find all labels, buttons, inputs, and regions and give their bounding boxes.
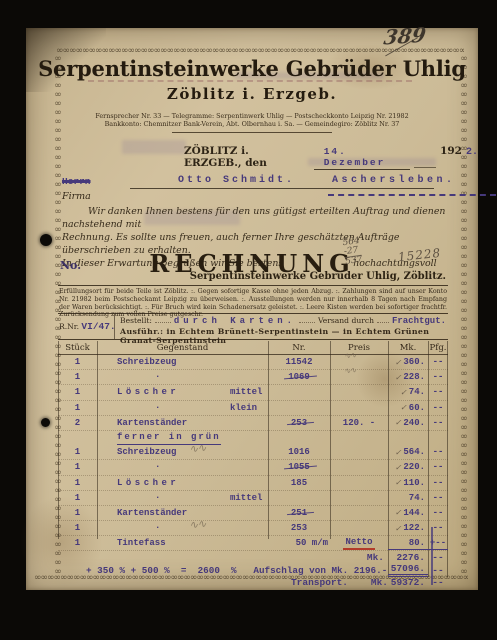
cell-gegenstand: Tintefass [97, 536, 268, 550]
header-nr: Nr. [268, 343, 330, 353]
horizontal-rule [58, 285, 448, 286]
cell-nr: 1069 [268, 370, 330, 384]
table-row: 1·mittel74.-- [58, 491, 448, 506]
cell-mk: ✓228. [388, 370, 428, 384]
cell-gegenstand: Schreibzeug [97, 355, 268, 369]
cell-mk: ✓240. [388, 416, 428, 430]
company-name: Serpentinsteinwerke Gebrüder Uhlig [26, 56, 478, 81]
table-row: 1Löschermittel✓74.-- [58, 385, 448, 400]
cell-nr: 253 [268, 521, 330, 535]
transport-mk: 59372. [388, 577, 428, 588]
cell-preis [330, 460, 388, 474]
transport-row: Transport. Mk. 59372. -- [58, 576, 448, 589]
cell-preis: ∿∿ [330, 355, 388, 369]
header-pfg: Pfg. [428, 343, 448, 353]
table-row: 1·∿∿253✓122.-- [58, 521, 448, 536]
versand-value: Frachtgut. [392, 316, 446, 326]
cell-stueck: 1 [58, 385, 97, 399]
dotted-leader [299, 314, 315, 323]
contact-line-2: Bankkonto: Chemnitzer Bank-Verein, Abt. … [66, 120, 438, 128]
cell-mk: ✓74. [388, 385, 428, 399]
cell-nr [268, 385, 330, 399]
order-info-row: R.Nr. VI/47. Bestellt: durch Karten. Ver… [58, 314, 448, 339]
subtotal-mk: 2276. [388, 552, 428, 563]
subtotal-label: Mk. [330, 552, 388, 563]
dotted-leader [155, 314, 171, 323]
punch-hole [41, 418, 50, 427]
invoice-table: Stück Gegenstand Nr. Preis Mk. Pfg. 1Sch… [58, 341, 448, 603]
cell-preis [330, 521, 388, 535]
bestellt-value: durch Karten. [174, 316, 296, 326]
company-location: Zöblitz i. Erzgeb. [26, 85, 478, 103]
cell-nr: 251 [268, 506, 330, 520]
cell-preis: 120. - [330, 416, 388, 430]
header-mk: Mk. [388, 343, 428, 353]
addressee-block: Herrn Otto Schmidt. Aschersleben. Firma [60, 174, 448, 206]
cell-nr: 1055 [268, 460, 330, 474]
photographed-invoice: { "colors":{"paper":"#ccbb97","ink":"#2e… [0, 0, 497, 640]
cell-stueck: 1 [58, 370, 97, 384]
cell-pfg: -- [428, 445, 448, 459]
note-text: ferner in grün [117, 431, 221, 445]
addressee-rule [130, 188, 434, 189]
invoice-paper: ∞∞∞∞∞∞∞∞∞∞∞∞∞∞∞∞∞∞∞∞∞∞∞∞∞∞∞∞∞∞∞∞∞∞∞∞∞∞∞∞… [26, 28, 478, 590]
dotted-leader [377, 314, 389, 323]
cell-gegenstand: Kartenständer [97, 416, 268, 430]
cell-nr: 185 [268, 476, 330, 490]
cell-preis [330, 491, 388, 505]
table-row: 1Tintefass50 m/mNetto80.+-- [58, 536, 448, 551]
cell-preis: Netto [330, 536, 388, 550]
cell-preis [330, 476, 388, 490]
cell-pfg: -- [428, 355, 448, 369]
table-note-row: ferner in grün [58, 431, 448, 445]
cell-gegenstand: · [97, 370, 268, 384]
cell-mk: ✓110. [388, 476, 428, 490]
cell-pfg: -- [428, 521, 448, 535]
bestellt-label: Bestellt: [120, 316, 152, 325]
cell-gegenstand: Löscher [97, 476, 268, 490]
dateline-place: ZÖBLITZ i. ERZGEB., den [184, 145, 310, 169]
surcharge-text: + 350 % + 500 % = 2600 % Aufschlag von M… [86, 565, 387, 576]
cell-mk: 80. [388, 536, 428, 550]
surcharge-pfg: -- [428, 565, 448, 576]
cell-pfg: -- [428, 460, 448, 474]
chain-border-top: ∞∞∞∞∞∞∞∞∞∞∞∞∞∞∞∞∞∞∞∞∞∞∞∞∞∞∞∞∞∞∞∞∞∞∞∞∞∞∞∞… [56, 47, 464, 56]
cell-preis: ∿∿ [330, 370, 388, 384]
surcharge-mk: 57096. [388, 563, 428, 577]
table-row: 2Kartenständer253120. -✓240.-- [58, 416, 448, 431]
cell-pfg: -- [428, 370, 448, 384]
cell-gegenstand: Schreibzeug∿∿ [97, 445, 268, 459]
cell-pfg: -- [428, 401, 448, 415]
subtotal-row: Mk. 2276. -- [58, 551, 448, 564]
cell-pfg: -- [428, 476, 448, 490]
table-row: 1Kartenständer251✓144.-- [58, 506, 448, 521]
letterhead-contact: Fernsprecher Nr. 33 — Telegramme: Serpen… [66, 112, 438, 128]
cell-mk: ✓122. [388, 521, 428, 535]
ghost-dash-line [88, 80, 412, 82]
cell-mk: 74. [388, 491, 428, 505]
header-stueck: Stück [58, 343, 97, 353]
cell-nr: 253 [268, 416, 330, 430]
dateline-year-printed: 192 [440, 145, 462, 157]
transport-mk-label: Mk. [348, 577, 388, 588]
cell-nr: 11542 [268, 355, 330, 369]
table-row: 1Schreibzeug11542∿∿✓360.-- [58, 355, 448, 370]
rnr-value: VI/47. [81, 321, 115, 332]
cell-stueck: 1 [58, 476, 97, 490]
cell-pfg: -- [428, 385, 448, 399]
cell-pfg: +-- [428, 536, 448, 550]
dateline: ZÖBLITZ i. ERZGEB., den 14. Dezember 192… [184, 145, 478, 170]
cell-mk: ✓564. [388, 445, 428, 459]
table-row: 1·1055✓220.-- [58, 460, 448, 475]
cell-nr: 50 m/m [268, 536, 330, 550]
cell-stueck: 1 [58, 536, 97, 550]
cell-nr [268, 491, 330, 505]
cell-stueck: 1 [58, 355, 97, 369]
rnr-label: R.Nr. [59, 322, 79, 331]
addressee-city: Aschersleben. [332, 175, 456, 186]
cell-stueck: 1 [58, 401, 97, 415]
table-body: 1Schreibzeug11542∿∿✓360.--1·1069∿∿✓228.-… [58, 355, 448, 551]
cell-nr: 1016 [268, 445, 330, 459]
ghost-impression [122, 140, 186, 154]
cell-nr [268, 401, 330, 415]
cell-gegenstand: ·mittel [97, 491, 268, 505]
cell-pfg: -- [428, 416, 448, 430]
punch-hole [40, 234, 52, 246]
cell-preis [330, 445, 388, 459]
cell-pfg: -- [428, 506, 448, 520]
cell-gegenstand: · [97, 460, 268, 474]
addressee-name: Otto Schmidt. [178, 175, 295, 186]
table-row: 1·klein✓60.-- [58, 401, 448, 416]
table-header: Stück Gegenstand Nr. Preis Mk. Pfg. [58, 341, 448, 355]
salutation-struck: Herrn [62, 176, 91, 187]
dateline-year-typed: 2. [466, 147, 478, 158]
cell-pfg: -- [428, 491, 448, 505]
cell-mk: ✓220. [388, 460, 428, 474]
contact-line-1: Fernsprecher Nr. 33 — Telegramme: Serpen… [66, 112, 438, 120]
cell-preis [330, 401, 388, 415]
transport-pfg: -- [428, 577, 448, 588]
cell-mk: ✓60. [388, 401, 428, 415]
cell-gegenstand: ·∿∿ [97, 521, 268, 535]
cell-stueck: 1 [58, 445, 97, 459]
typed-dash-line [328, 194, 496, 196]
versand-label: Versand durch [318, 316, 374, 325]
divider-rule [172, 132, 332, 133]
cell-gegenstand: Löschermittel [97, 385, 268, 399]
cell-stueck: 1 [58, 460, 97, 474]
table-row: 1Löscher185✓110.-- [58, 476, 448, 491]
cell-mk: ✓360. [388, 355, 428, 369]
pencil-calculation: 564 -27 537 [342, 237, 363, 267]
table-row: 1·1069∿∿✓228.-- [58, 370, 448, 385]
cell-stueck: 1 [58, 521, 97, 535]
cell-preis [330, 506, 388, 520]
subtotal-pfg: -- [428, 552, 448, 563]
intro-line-1: Wir danken Ihnen bestens für den uns güt… [62, 205, 450, 231]
firma-label: Firma [62, 191, 91, 202]
cell-preis [330, 385, 388, 399]
table-row: 1Schreibzeug∿∿1016✓564.-- [58, 445, 448, 460]
cell-gegenstand: ·klein [97, 401, 268, 415]
surcharge-row: + 350 % + 500 % = 2600 % Aufschlag von M… [58, 564, 448, 577]
dateline-date-typed: 14. Dezember [314, 146, 411, 170]
cell-mk: ✓144. [388, 506, 428, 520]
transport-label: Transport. [258, 577, 348, 588]
dateline-rule [414, 167, 436, 168]
cell-gegenstand: Kartenständer [97, 506, 268, 520]
header-preis: Preis [330, 343, 388, 353]
cell-stueck: 1 [58, 491, 97, 505]
handwritten-page-number: 389 [382, 22, 427, 49]
horizontal-rule [58, 339, 448, 340]
header-gegenstand: Gegenstand [97, 343, 268, 353]
chain-border-right: ∞∞∞∞∞∞∞∞∞∞∞∞∞∞∞∞∞∞∞∞∞∞∞∞∞∞∞∞∞∞∞∞∞∞∞∞∞∞∞∞… [459, 54, 468, 576]
cell-stueck: 2 [58, 416, 97, 430]
cell-stueck: 1 [58, 506, 97, 520]
